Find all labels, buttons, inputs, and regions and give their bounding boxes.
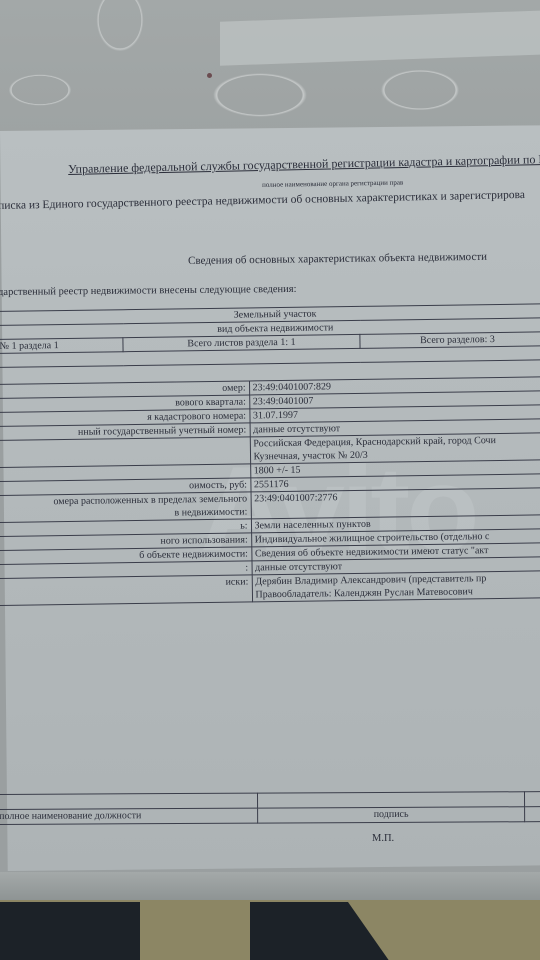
position-field xyxy=(0,793,258,809)
row-value: Российская Федерация, Краснодарский край… xyxy=(250,433,540,464)
row-label-text: : xyxy=(245,561,248,574)
row-label: иски: xyxy=(0,575,252,606)
characteristics-table: омер:23:49:0401007:829вового квартала:23… xyxy=(0,376,540,606)
row-label-text: ь: xyxy=(240,519,248,532)
row-value: Дерябин Владимир Александрович (представ… xyxy=(252,571,540,602)
row-label-text: вового квартала: xyxy=(175,396,246,410)
row-value-text-line2: Правообладатель: Календжян Руслан Матево… xyxy=(255,584,540,601)
paper-stack-edge xyxy=(0,872,540,900)
row-label-text: нный государственный учетный номер: xyxy=(78,423,246,438)
row-value: 23:49:0401007:2776 xyxy=(251,488,540,519)
row-label-text: я кадастрового номера: xyxy=(147,409,246,423)
person-leg-left xyxy=(0,902,140,960)
row-label-text: ного использования: xyxy=(160,533,247,547)
row-label-text: иски: xyxy=(225,575,248,588)
row-label: омера расположенных в пределах земельног… xyxy=(0,492,251,523)
stamp-place: М.П. xyxy=(372,833,394,844)
name-caption xyxy=(525,807,540,822)
signature-field xyxy=(257,792,524,808)
stain-dot xyxy=(207,73,212,78)
name-field xyxy=(524,792,540,807)
position-caption: полное наименование должности xyxy=(0,808,258,824)
photo-stage: Avito Управление федеральной службы госу… xyxy=(0,0,540,960)
row-label-text: оимость, руб: xyxy=(189,478,247,492)
row-label-text-line2: в недвижимости: xyxy=(174,505,247,519)
header-table: Земельный участок вид объекта недвижимос… xyxy=(0,303,540,368)
row-value-text: 23:49:0401007:2776 xyxy=(254,488,540,505)
signature-table: полное наименование должности подпись xyxy=(0,791,540,825)
row-label-text: б объекте недвижимости: xyxy=(139,547,248,562)
signature-caption: подпись xyxy=(258,807,525,823)
row-label-text: омер: xyxy=(222,382,246,395)
row-label xyxy=(0,437,250,468)
